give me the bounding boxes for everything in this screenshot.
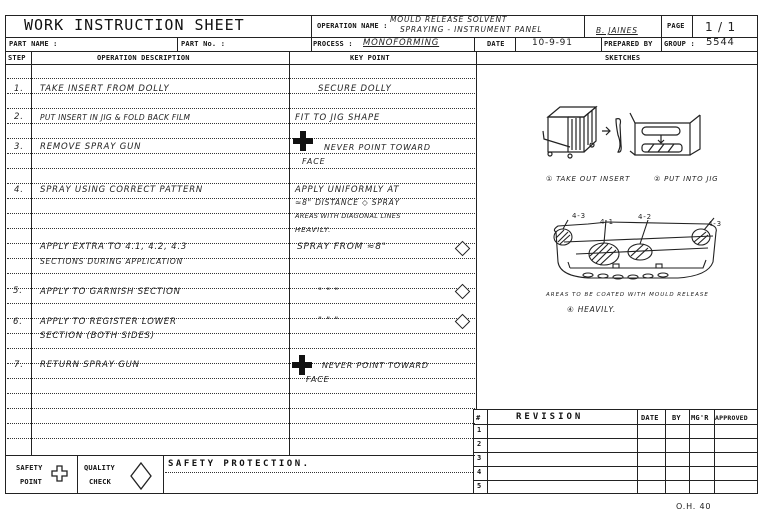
step-description-cont: section (both sides)	[40, 331, 155, 341]
step-key-point: " " "	[318, 316, 339, 326]
divider	[77, 455, 78, 493]
sketch-label-4-2: 4-2	[638, 213, 652, 221]
step-description: Remove spray gun	[40, 142, 141, 152]
step-column-line	[31, 51, 32, 455]
step-description: Apply to garnish section	[40, 287, 181, 297]
instrument-panel-sketch	[548, 212, 733, 292]
col-step-header: STEP	[8, 54, 26, 62]
sketches-column-line	[476, 51, 477, 409]
step-key-point: Never point toward	[324, 143, 431, 152]
safety-point-icon	[292, 355, 309, 372]
sketch-label-4-3-left: 4-3	[572, 212, 586, 220]
revision-header-num: #	[476, 414, 480, 422]
safety-point-outline-icon	[51, 465, 68, 482]
divider	[515, 37, 516, 51]
divider	[474, 37, 475, 51]
quality-check-label-line2: CHECK	[89, 478, 111, 486]
divider	[692, 15, 693, 37]
operation-name-line1: Mould release solvent	[390, 15, 507, 24]
group-label: GROUP :	[664, 40, 695, 48]
header-rule	[5, 51, 757, 52]
step-description: Return spray gun	[40, 360, 140, 370]
part-name-label: PART NAME :	[9, 40, 58, 48]
step-number: 3.	[14, 142, 24, 152]
safety-protection-label: SAFETY PROTECTION.	[168, 459, 311, 469]
step-key-point-cont: areas with diagonal lines	[295, 212, 401, 220]
revision-row-rule	[473, 452, 757, 453]
revision-header-approved: APPROVED	[715, 414, 748, 422]
operation-name-line2: spraying - instrument panel	[400, 25, 542, 34]
divider	[661, 15, 662, 51]
step-key-point: Fit to jig shape	[295, 113, 380, 123]
step-key-point-cont: heavily.	[295, 226, 331, 234]
revision-row-num: 4	[477, 468, 481, 476]
group-value: 5544	[706, 37, 735, 48]
step-key-point: Never point toward	[322, 361, 429, 370]
sheet-title: WORK INSTRUCTION SHEET	[24, 16, 245, 34]
revision-row-rule	[473, 466, 757, 467]
sketch-caption-4: ④ Heavily.	[567, 305, 616, 314]
step-number: 5.	[13, 286, 23, 296]
quality-check-label-line1: QUALITY	[84, 464, 115, 472]
step-key-point: Apply uniformly at	[295, 185, 399, 195]
col-operation-description-header: OPERATION DESCRIPTION	[97, 54, 190, 62]
key-point-column-line	[289, 51, 290, 455]
revision-header-revision: REVISION	[516, 412, 583, 422]
date-value: 10-9-91	[532, 38, 573, 48]
step-description: Apply extra to 4.1, 4.2, 4.3	[40, 242, 187, 252]
process-value: Monoforming	[363, 38, 439, 48]
revision-row-num: 3	[477, 454, 481, 462]
step-key-point-cont: face	[306, 375, 329, 384]
divider	[311, 37, 312, 51]
part-no-label: PART No. :	[181, 40, 225, 48]
step-key-point: Spray from ≈8"	[297, 242, 387, 252]
date-label: DATE	[487, 40, 505, 48]
divider	[177, 37, 178, 51]
operation-name-label: OPERATION NAME :	[317, 22, 388, 30]
step-description-cont: sections during application	[40, 257, 183, 266]
author-name: B. Jaines	[596, 26, 638, 35]
quality-check-outline-icon	[129, 461, 153, 491]
step-number: 6.	[13, 317, 23, 327]
step-description: Take insert from dolly	[40, 84, 170, 94]
revision-row-rule	[473, 424, 757, 425]
page-label: PAGE	[667, 22, 685, 30]
step-key-point-cont: face	[302, 157, 325, 166]
revision-row-num: 5	[477, 482, 481, 490]
safety-point-icon	[293, 131, 313, 151]
divider	[584, 15, 585, 37]
step-number: 1.	[14, 84, 24, 94]
revision-row-rule	[473, 438, 757, 439]
step-description: Apply to register lower	[40, 317, 177, 327]
step-key-point-cont: ≈8" distance ◇ spray	[295, 198, 400, 207]
divider	[311, 15, 312, 37]
safety-protection-line	[165, 472, 473, 473]
step-number: 2.	[14, 112, 24, 122]
dolly-and-jig-sketch	[540, 105, 720, 170]
process-label: PROCESS :	[313, 40, 353, 48]
header-rule	[5, 64, 757, 65]
divider	[601, 37, 602, 51]
sketch-caption-1: ① Take out insert	[546, 175, 630, 183]
step-number: 7.	[14, 360, 24, 370]
sketch-caption-2: ② Put into jig	[654, 175, 718, 183]
sketch-label-4-1: 4-1	[600, 218, 614, 226]
revision-row-num: 1	[477, 426, 481, 434]
prepared-by-label: PREPARED BY	[604, 40, 653, 48]
legend-rule	[5, 455, 475, 456]
step-description: Put insert in jig & fold back film	[40, 113, 190, 122]
col-key-point-header: KEY POINT	[350, 54, 390, 62]
safety-point-label-line1: SAFETY	[16, 464, 43, 472]
page-value: 1 / 1	[705, 20, 736, 34]
divider	[163, 455, 164, 493]
form-code: O.H. 40	[676, 502, 711, 511]
revision-header-by: BY	[672, 414, 681, 422]
step-description: Spray using correct pattern	[40, 185, 203, 195]
step-key-point: " " "	[318, 287, 339, 297]
revision-header-mgr: MG'R	[691, 414, 709, 422]
col-sketches-header: SKETCHES	[605, 54, 640, 62]
revision-header-date: DATE	[641, 414, 659, 422]
sketch-caption-3: Areas to be coated with mould release	[546, 292, 709, 298]
revision-row-rule	[473, 480, 757, 481]
safety-point-label-line2: POINT	[20, 478, 42, 486]
revision-row-num: 2	[477, 440, 481, 448]
step-key-point: Secure dolly	[318, 84, 392, 94]
sketch-label-4-3-right: 4-3	[708, 220, 722, 228]
step-number: 4.	[14, 185, 24, 195]
